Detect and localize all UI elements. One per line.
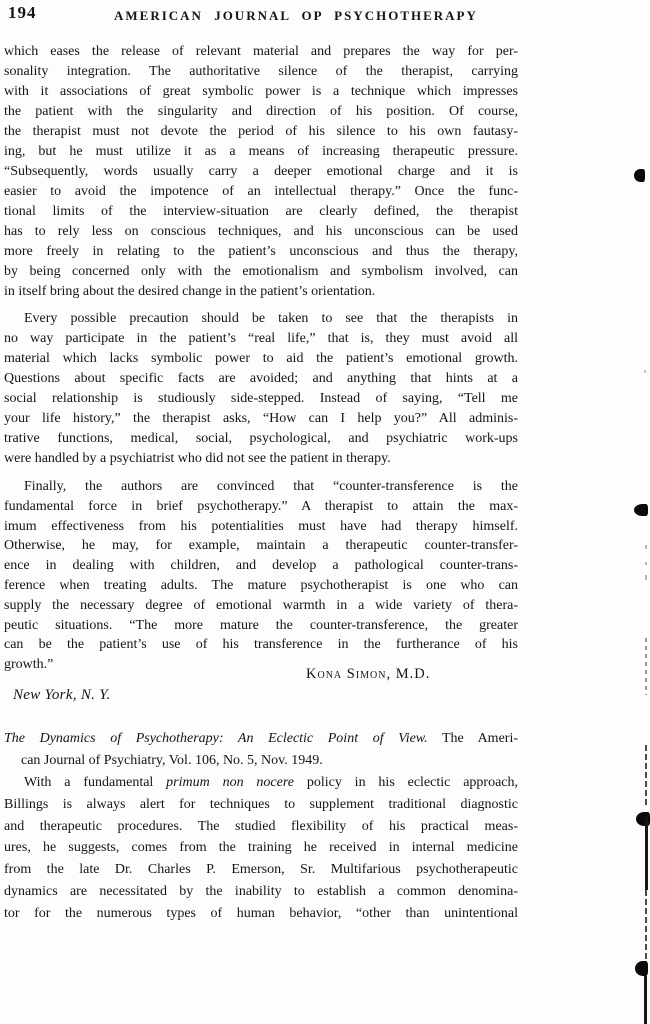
- text-line: ference when treating adults. The mature…: [4, 576, 518, 596]
- page-number: 194: [8, 3, 37, 23]
- text-line: fundamental force in brief psychotherapy…: [4, 497, 518, 517]
- text-line: Every possible precaution should be take…: [4, 309, 518, 329]
- text-line: can be the patient’s use of his transfer…: [4, 635, 518, 655]
- scan-edge-line: [645, 817, 648, 890]
- paragraph: Finally, the authors are convinced that …: [4, 477, 518, 675]
- text-line: with it associations of great symbolic p…: [4, 82, 518, 102]
- text-line: With a fundamental primum non nocere pol…: [4, 772, 518, 794]
- scan-edge-line: [645, 890, 647, 962]
- text-line: ing, but he must utilize it as a means o…: [4, 142, 518, 162]
- text-line: easier to avoid the impotence of an inte…: [4, 182, 518, 202]
- text-line: supply the necessary degree of emotional…: [4, 596, 518, 616]
- text-line: tor for the numerous types of human beha…: [4, 903, 518, 925]
- paragraph: which eases the release of relevant mate…: [4, 42, 518, 302]
- paragraph-lines: Billings is always alert for techniques …: [4, 794, 518, 925]
- text-line: peutic situations. “The more mature the …: [4, 616, 518, 636]
- scan-ink-mark: [634, 169, 645, 182]
- scanned-journal-page: 194 AMERICAN JOURNAL OP PSYCHOTHERAPY wh…: [0, 0, 650, 1024]
- reference-heading: The Dynamics of Psychotherapy: An Eclect…: [4, 728, 518, 771]
- reference-source: can Journal of Psychiatry, Vol. 106, No.…: [4, 750, 518, 772]
- text-line: growth.”: [4, 655, 518, 675]
- scan-ink-mark: [645, 545, 647, 549]
- text-line: social relationship is studiously side-s…: [4, 389, 518, 409]
- text-line: and therapeutic procedures. The studied …: [4, 816, 518, 838]
- text-line: which eases the release of relevant mate…: [4, 42, 518, 62]
- review-paragraph: With a fundamental primum non nocere pol…: [4, 772, 518, 925]
- text-line: in itself bring about the desired change…: [4, 282, 518, 302]
- scan-ink-mark: [634, 504, 648, 516]
- scan-edge-line: [644, 976, 647, 1024]
- reviewer-signature: Kona Simon, M.D.: [306, 666, 430, 683]
- text-line: Billings is always alert for techniques …: [4, 794, 518, 816]
- latin-phrase: primum non nocere: [166, 775, 294, 790]
- scan-ink-mark: [635, 961, 648, 976]
- text-line: were handled by a psychiatrist who did n…: [4, 449, 518, 469]
- text-line: more freely in relating to the patient’s…: [4, 242, 518, 262]
- journal-running-title: AMERICAN JOURNAL OP PSYCHOTHERAPY: [114, 8, 478, 24]
- text-line: sonality integration. The authoritative …: [4, 62, 518, 82]
- text-segment: policy in his eclectic approach,: [294, 775, 518, 790]
- scan-ink-mark: [644, 370, 646, 373]
- scan-edge-line: [645, 638, 647, 695]
- text-line: Questions about specific facts are avoid…: [4, 369, 518, 389]
- reference-line: The Dynamics of Psychotherapy: An Eclect…: [4, 728, 518, 750]
- text-segment: With a fundamental: [24, 775, 166, 790]
- text-line: material which lacks symbolic power to a…: [4, 349, 518, 369]
- text-line: ence in dealing with children, and devel…: [4, 556, 518, 576]
- reviewer-location: New York, N. Y.: [13, 687, 111, 704]
- text-line: trative functions, medical, social, psyc…: [4, 429, 518, 449]
- text-line: from the late Dr. Charles P. Emerson, Sr…: [4, 859, 518, 881]
- text-line: imum effectiveness from his potentialiti…: [4, 517, 518, 537]
- text-line: the patient with the singularity and dir…: [4, 102, 518, 122]
- reference-title: The Dynamics of Psychotherapy: An Eclect…: [4, 731, 428, 746]
- reference-source-start: The Ameri-: [428, 731, 518, 746]
- text-line: “Subsequently, words usually carry a dee…: [4, 162, 518, 182]
- text-line: has to rely less on conscious techniques…: [4, 222, 518, 242]
- scan-ink-mark: [645, 562, 647, 565]
- text-line: tional limits of the interview-situation…: [4, 202, 518, 222]
- text-line: dynamics are necessitated by the inabili…: [4, 881, 518, 903]
- scan-ink-mark: [645, 575, 647, 580]
- text-line: ures, he suggests, comes from the traini…: [4, 837, 518, 859]
- text-line: Otherwise, he may, for example, maintain…: [4, 536, 518, 556]
- text-line: Finally, the authors are convinced that …: [4, 477, 518, 497]
- text-line: by being concerned only with the emotion…: [4, 262, 518, 282]
- text-line: your life history,” the therapist asks, …: [4, 409, 518, 429]
- scan-edge-line: [645, 745, 647, 805]
- paragraph: Every possible precaution should be take…: [4, 309, 518, 469]
- text-line: no way participate in the patient’s “rea…: [4, 329, 518, 349]
- text-line: the therapist must not devote the period…: [4, 122, 518, 142]
